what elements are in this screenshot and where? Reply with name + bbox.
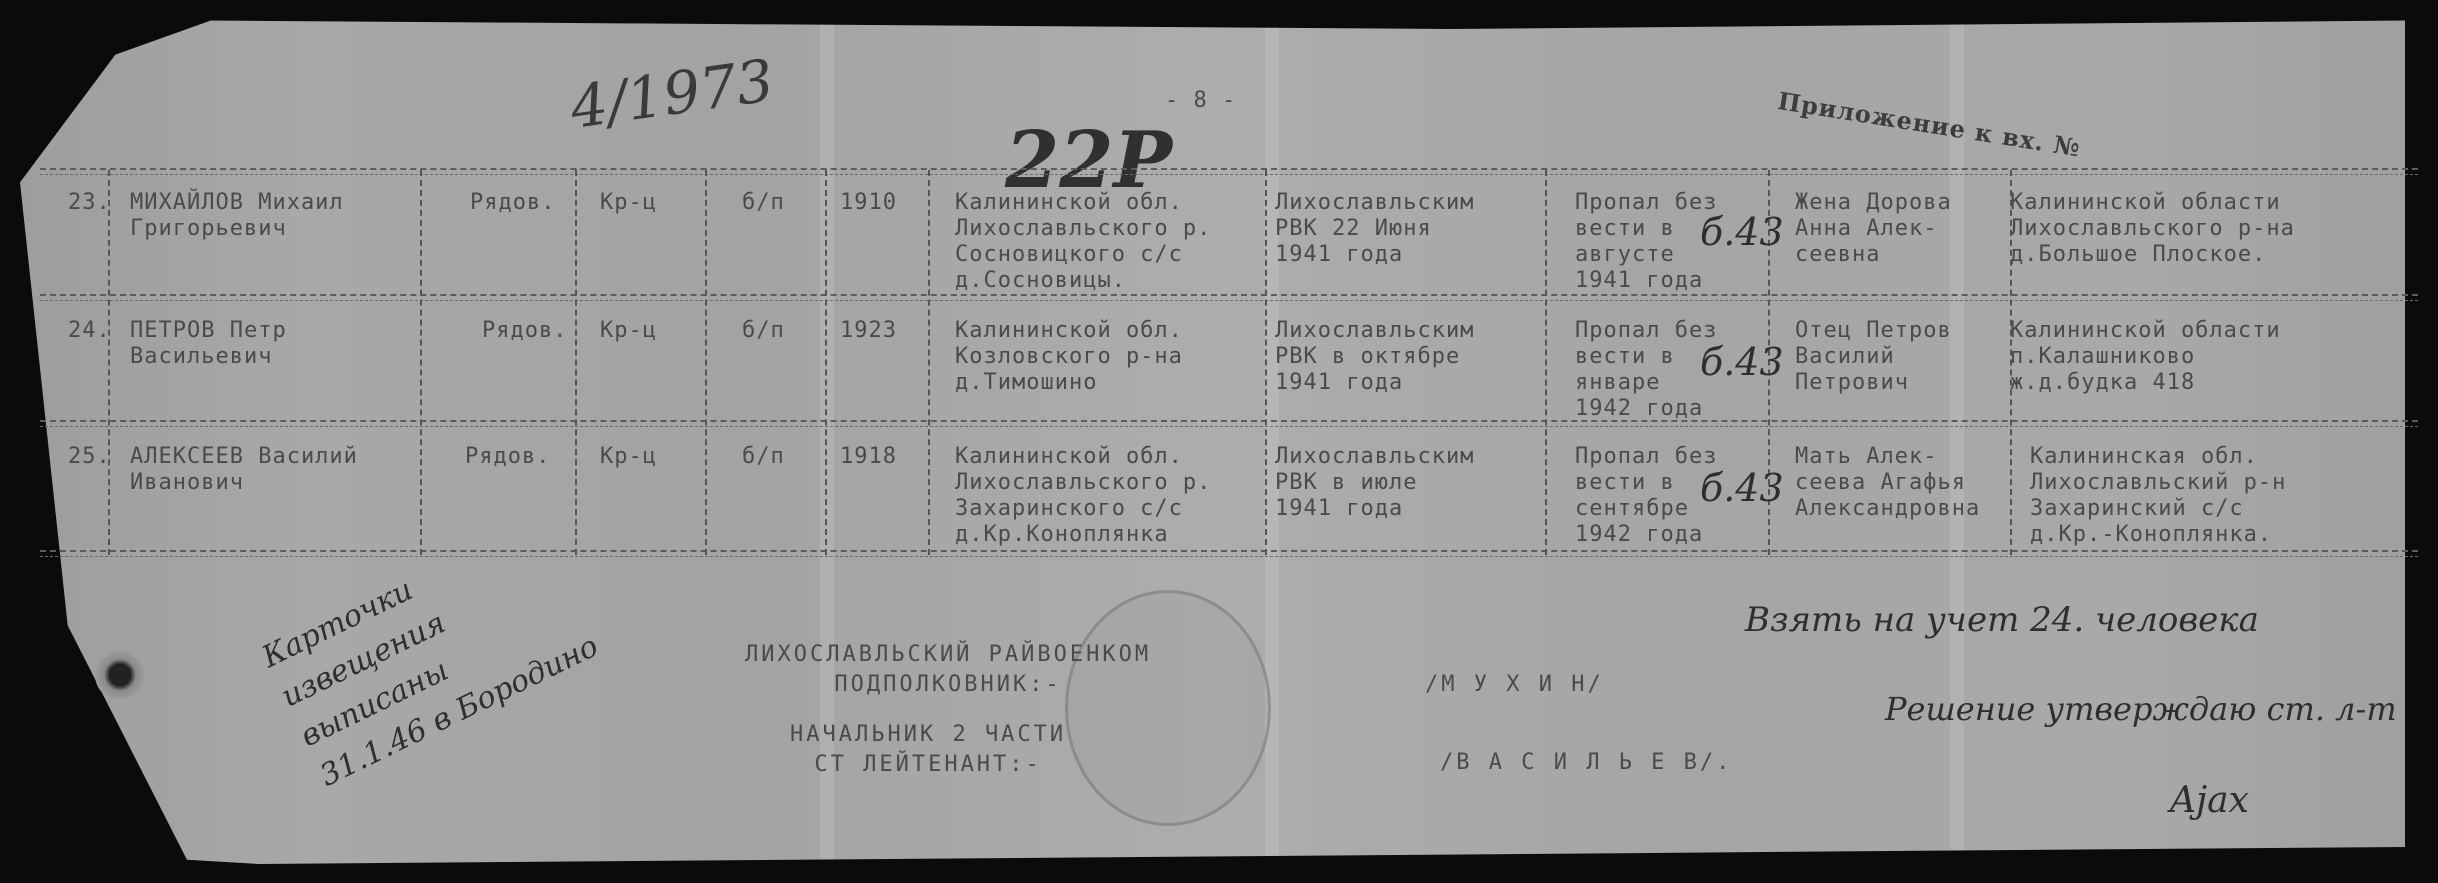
column-divider <box>575 170 577 555</box>
status-note-handwritten: б.43 <box>1700 340 1784 384</box>
chief-title: НАЧАЛЬНИК 2 ЧАСТИ СТ ЛЕЙТЕНАНТ:- <box>790 720 1066 780</box>
rank: Рядов. <box>482 318 567 344</box>
birthplace: Калининской обл. Козловского р-на д.Тимо… <box>955 318 1183 396</box>
drafted-by: Лихославльским РВК 22 Июня 1941 года <box>1275 190 1474 268</box>
table-rule <box>40 426 2418 427</box>
next-of-kin: Мать Алек- сеева Агафья Александровна <box>1795 444 1980 522</box>
paper-hole <box>95 650 145 700</box>
party-status: б/п <box>742 190 785 216</box>
column-divider <box>705 170 707 555</box>
column-divider <box>825 170 827 555</box>
table-rule <box>40 300 2418 301</box>
birthplace: Калининской обл. Лихославльского р. Сосн… <box>955 190 1211 294</box>
table-rule <box>40 294 2418 296</box>
fate-status: Пропал без вести в сентябре 1942 года <box>1575 444 1717 548</box>
next-of-kin: Жена Дорова Анна Алек- сеевна <box>1795 190 1952 268</box>
soldier-name: ПЕТРОВ Петр Васильевич <box>130 318 287 370</box>
resolution-signature: Ajax <box>2170 780 2249 821</box>
table-rule <box>40 556 2418 557</box>
table-rule <box>40 174 2418 175</box>
kin-address: Калининской области Лихославльского р-на… <box>2010 190 2295 268</box>
chief-name: /В А С И Л Ь Е В/. <box>1440 750 1732 775</box>
status-note-handwritten: б.43 <box>1700 466 1784 510</box>
commander-name: /М У Х И Н/ <box>1425 672 1604 697</box>
social-origin: Кр-ц <box>600 318 657 344</box>
drafted-by: Лихославльским РВК в октябре 1941 года <box>1275 318 1474 396</box>
column-divider <box>108 170 110 555</box>
column-divider <box>928 170 930 555</box>
drafted-by: Лихославльским РВК в июле 1941 года <box>1275 444 1474 522</box>
resolution-line-1: Взять на учет 24. человека <box>1745 600 2259 640</box>
status-note-handwritten: б.43 <box>1700 210 1784 254</box>
soldier-name: МИХАЙЛОВ Михаил Григорьевич <box>130 190 344 242</box>
row-number: 23. <box>68 190 111 216</box>
column-divider <box>1545 170 1547 555</box>
party-status: б/п <box>742 318 785 344</box>
table-rule <box>40 550 2418 552</box>
rank: Рядов. <box>470 190 555 216</box>
birthplace: Калининской обл. Лихославльского р. Заха… <box>955 444 1211 548</box>
row-number: 25. <box>68 444 111 470</box>
table-rule <box>40 168 2418 170</box>
soldier-name: АЛЕКСЕЕВ Василий Иванович <box>130 444 358 496</box>
row-number: 24. <box>68 318 111 344</box>
commander-title: ЛИХОСЛАВЛЬСКИЙ РАЙВОЕНКОМ ПОДПОЛКОВНИК:- <box>745 640 1151 700</box>
social-origin: Кр-ц <box>600 444 657 470</box>
birth-year: 1910 <box>840 190 897 216</box>
kin-address: Калининская обл. Лихославльский р-н Заха… <box>2030 444 2286 548</box>
next-of-kin: Отец Петров Василий Петрович <box>1795 318 1952 396</box>
official-seal <box>1065 590 1271 826</box>
rank: Рядов. <box>465 444 550 470</box>
table-rule <box>40 420 2418 422</box>
birth-year: 1918 <box>840 444 897 470</box>
column-divider <box>1265 170 1267 555</box>
page-number: - 8 - <box>1165 88 1236 114</box>
kin-address: Калининской области п.Калашниково ж.д.бу… <box>2010 318 2281 396</box>
resolution-line-2: Решение утверждаю ст. л-т <box>1885 690 2397 728</box>
fate-status: Пропал без вести в августе 1941 года <box>1575 190 1717 294</box>
column-divider <box>420 170 422 555</box>
fate-status: Пропал без вести в январе 1942 года <box>1575 318 1717 422</box>
birth-year: 1923 <box>840 318 897 344</box>
social-origin: Кр-ц <box>600 190 657 216</box>
party-status: б/п <box>742 444 785 470</box>
